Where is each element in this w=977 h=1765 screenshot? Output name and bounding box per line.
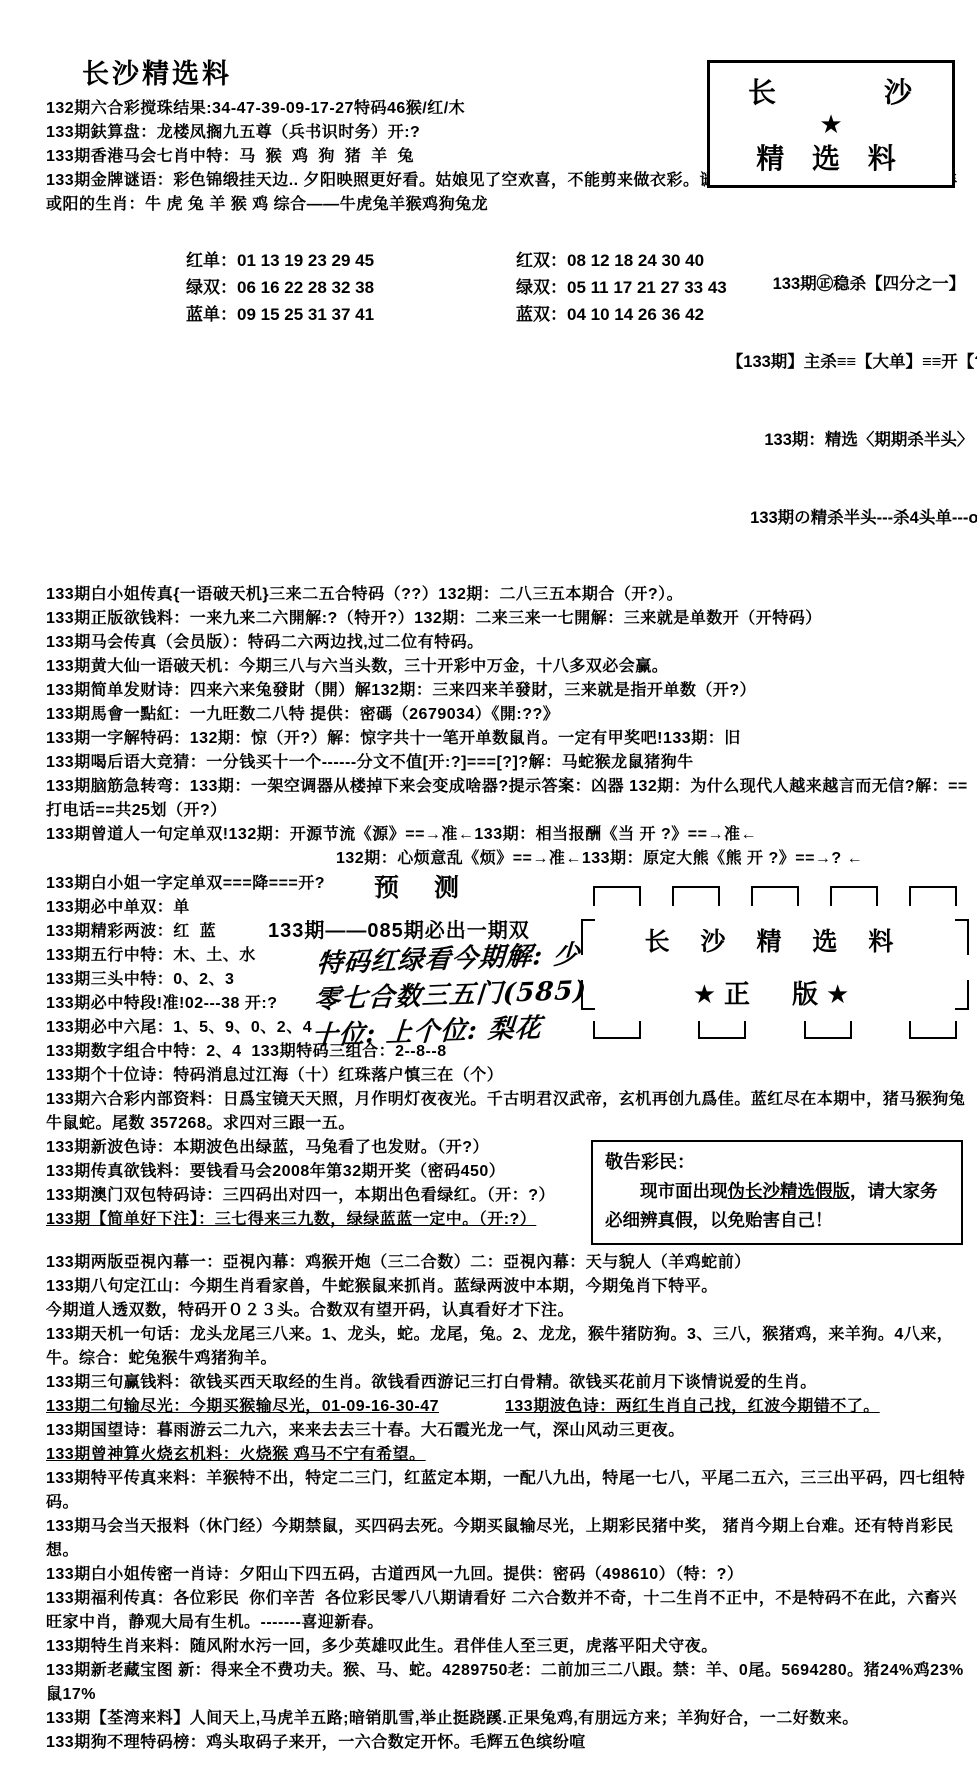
- border-tab: [830, 886, 878, 906]
- zhengban-title-row: 长 沙 精 选 料: [581, 906, 969, 968]
- red-double-cell: 红双：08 12 18 24 30 40: [516, 247, 704, 274]
- row-label: 绿双：: [516, 278, 567, 297]
- prediction-section: 预 测 133期——085期必出一期双 特码红绿看今期解: 少 零七合数三五门(…: [46, 872, 969, 1088]
- zhengban-title: 长 沙 精 选 料: [595, 906, 955, 968]
- stamp-char-sha: 沙: [884, 71, 914, 111]
- row-label: 红单：: [186, 251, 237, 270]
- green-double-cell-2: 绿双：05 11 17 21 27 33 43: [516, 274, 727, 301]
- must-double-line: 133期——085期必出一期双: [268, 914, 530, 943]
- line-yuqian-liao: 133期正版欲钱料：一来九来二六開解:?（特开?）132期：二来三来一七開解：三…: [46, 607, 969, 631]
- row-label: 红双：: [516, 251, 567, 270]
- line-internal-data: 133期六合彩内部资料：日爲宝镜天天照，月作明灯夜夜光。千古明君汉武帝，玄机再创…: [46, 1088, 969, 1136]
- border-tab: [804, 1021, 852, 1039]
- line-welfare-fax: 133期福利传真：各位彩民 你们辛苦 各位彩民零八八期请看好 二六合数并不奇，十…: [46, 1587, 969, 1635]
- line-sameday-tip: 133期马会当天报料（休门经）今期禁鼠，买四码去死。今期买鼠输尽光，上期彩民猪中…: [46, 1515, 969, 1563]
- row-values: 09 15 25 31 37 41: [237, 305, 374, 324]
- row-label: 绿双：: [186, 278, 237, 297]
- line-guowang-poem: 133期国望诗：暮雨游云二九六，来来去去三十春。大石霞光龙一气，深山风动三更夜。: [46, 1419, 969, 1443]
- border-bracket-left: [581, 919, 595, 955]
- line-eight-sentences: 133期八句定江山：今期生肖看家兽，牛蛇猴鼠来抓肖。蓝绿两波中本期，今期兔肖下特…: [46, 1275, 969, 1299]
- line-teping-fax: 133期特平传真来料：羊猴特不出，特定二三门，红蓝定本期，一配八九出，特尾一七八…: [46, 1467, 969, 1515]
- brand-stamp-box: 长 沙 ★ 精 选 料: [707, 60, 955, 188]
- border-tab: [909, 1021, 957, 1039]
- line-yidianhong: 133期馬會一點紅：一九旺数二八特 提供：密碼（2679034）《開:??》: [46, 703, 969, 727]
- zhengban-sub-wrap: ★正 版★: [595, 968, 955, 1021]
- border-bracket-right: [955, 919, 969, 955]
- border-bracket-left-2: [581, 980, 595, 1010]
- row-values: 04 10 14 26 36 42: [567, 305, 704, 324]
- kill-forecast-block: 133期㊣稳杀【四分之一】 【133期】主杀≡≡【大单】≡≡开【??】 133期…: [727, 219, 977, 583]
- table-row: 蓝单：09 15 25 31 37 41 蓝双：04 10 14 26 36 4…: [186, 301, 727, 328]
- border-tab: [593, 1021, 641, 1039]
- row-values: 06 16 22 28 32 38: [237, 278, 374, 297]
- predict-heading: 预 测: [374, 868, 473, 904]
- line-tianji-sentence: 133期天机一句话：龙头龙尾三八来。1、龙头，蛇。龙尾，兔。2、龙龙，猴牛猪防狗…: [46, 1323, 969, 1371]
- line-three-win-sentences: 133期三句赢钱料：欲钱买西天取经的生肖。欲钱看西游记三打白骨精。欲钱买花前月下…: [46, 1371, 969, 1395]
- star-icon: ★: [720, 114, 942, 134]
- line-mahui-fax: 133期马会传真（会员版）：特码二六两边找,过二位有特码。: [46, 631, 969, 655]
- stamp-char-chang: 长: [748, 71, 778, 111]
- line-facai-poem: 133期简单发财诗：四来六来兔發財（開）解132期：三来四来羊發財，三来就是指开…: [46, 679, 969, 703]
- dual-line: 133期二句输尽光：今期买猴输尽光，01-09-16-30-47 133期波色诗…: [46, 1395, 969, 1419]
- zhengban-sub-row: ★正 版★: [581, 968, 969, 1021]
- blue-single-cell: 蓝单：09 15 25 31 37 41: [186, 301, 516, 328]
- table-row: 绿双：06 16 22 28 32 38 绿双：05 11 17 21 27 3…: [186, 274, 727, 301]
- stamp-bottom-row: 精 选 料: [720, 137, 942, 177]
- table-row: 红单：01 13 19 23 29 45 红双：08 12 18 24 30 4…: [186, 247, 727, 274]
- line-daoren-double: 今期道人透双数，特码开０２３头。合数双有望开码，认真看好才下注。: [46, 1299, 969, 1323]
- line-huangdaxian: 133期黄大仙一语破天机：今期三八与六当头数，三十开彩中万金，十八多双必会赢。: [46, 655, 969, 679]
- notice-heading: 敬告彩民：: [605, 1148, 951, 1177]
- line-baixiaojie-fax: 133期白小姐传真{一语破天机}三来二五合特码（??）132期：二八三五本期合（…: [46, 583, 969, 607]
- row-label: 蓝双：: [516, 305, 567, 324]
- line-one-char-sd: 133期白小姐一字定单双===降===开?: [46, 872, 606, 896]
- line-ge-shi-poem: 133期个十位诗：特码消息过江海（十）红珠落户慎三在（个）: [46, 1064, 606, 1088]
- notice-text-underlined: 伪长沙精选假版: [728, 1181, 851, 1201]
- line-zengdaoren: 133期曾道人一句定单双!132期：开源节流《源》==→准←133期：相当报酬《…: [46, 823, 969, 847]
- line-one-char-code: 133期一字解特码：132期：惊（开?）解：惊字共十一笔开单数鼠肖。一定有甲奖吧…: [46, 727, 969, 751]
- line-zengshensuan-fire: 133期曾神算火烧玄机料：火烧猴 鸡马不宁有希望。: [46, 1443, 969, 1467]
- line-atv-insider: 133期两版亞視內幕一：亞視內幕：鸡猴开炮（三二合数）二：亞視內幕：天与貌人（羊…: [46, 1251, 969, 1275]
- notice-to-punters-box: 敬告彩民： 现市面出现伪长沙精选假版，请大家务必细辨真假，以免贻害自己！: [591, 1140, 963, 1245]
- notice-body: 现市面出现伪长沙精选假版，请大家务必细辨真假，以免贻害自己！: [605, 1177, 951, 1235]
- red-single-cell: 红单：01 13 19 23 29 45: [186, 247, 516, 274]
- color-number-table: 红单：01 13 19 23 29 45 红双：08 12 18 24 30 4…: [186, 247, 727, 328]
- row-label: 蓝单：: [186, 305, 237, 324]
- line-wave-color-poem: 133期波色诗：两红生肖自己找，红波今期错不了。: [505, 1395, 880, 1419]
- green-double-cell: 绿双：06 16 22 28 32 38: [186, 274, 516, 301]
- line-two-lose-all: 133期二句输尽光：今期买猴输尽光，01-09-16-30-47: [46, 1395, 439, 1419]
- line-special-zodiac: 133期特生肖来料：随风附水污一回，多少英雄叹此生。君伴佳人至三更，虎落平阳犬守…: [46, 1635, 969, 1659]
- border-bracket-right-2: [955, 980, 969, 1010]
- line-treasure-map: 133期新老藏宝图 新：得来全不费功夫。猴、马、蛇。4289750老：二前加三二…: [46, 1659, 969, 1707]
- border-tab: [698, 1021, 746, 1039]
- blue-double-cell: 蓝双：04 10 14 26 36 42: [516, 301, 704, 328]
- line-quanwan-tip: 133期【荃湾来料】人间天上,马虎羊五路;暗销肌雪,举止挺跷蹊.正果兔鸡,有朋远…: [46, 1707, 969, 1731]
- border-tab: [593, 886, 641, 906]
- kill-line: 133期㊣稳杀【四分之一】: [727, 271, 977, 297]
- row-values: 08 12 18 24 30 40: [567, 251, 704, 270]
- row-values: 05 11 17 21 27 33 43: [567, 278, 727, 297]
- line-brain-teaser: 133期脑筋急转弯：133期：一架空调器从楼掉下来会变成啥器?提示答案：凶器 1…: [46, 775, 969, 823]
- tip-sheet-page: 长 沙 ★ 精 选 料 长沙精选料 132期六合彩搅珠结果:34-47-39-0…: [46, 52, 969, 1755]
- numbers-section: 红单：01 13 19 23 29 45 红双：08 12 18 24 30 4…: [46, 219, 969, 583]
- border-tab: [751, 886, 799, 906]
- border-tab: [909, 886, 957, 906]
- line-one-zodiac-poem: 133期白小姐传密一肖诗：夕阳山下四五码，古道西风一九回。提供：密码（49861…: [46, 1563, 969, 1587]
- kill-line: 133期の精杀半头---杀4头单---ok: [727, 505, 977, 531]
- kill-line: 133期：精选〈期期杀半头〉: [727, 427, 977, 453]
- zhengban-subtitle: ★正 版★: [595, 968, 955, 1021]
- zhengban-decorative-box: 长 沙 精 选 料 ★正 版★: [581, 882, 969, 1078]
- zhengban-top-border: [581, 886, 969, 906]
- zhengban-bottom-border: [581, 1021, 969, 1039]
- row-values: 01 13 19 23 29 45: [237, 251, 374, 270]
- border-tab: [672, 886, 720, 906]
- line-xiehouyu: 133期喝后语大竞猜：一分钱买十一个------分文不值[开:?]===[?]?…: [46, 751, 969, 775]
- notice-text-pre: 现市面出现: [640, 1181, 728, 1201]
- kill-line: 【133期】主杀≡≡【大单】≡≡开【??】: [727, 349, 977, 375]
- line-goubuli-board: 133期狗不理特码榜：鸡头取码子来开，一六合数定开怀。毛辉五色缤纷喧: [46, 1731, 969, 1755]
- stamp-top-row: 长 沙: [720, 71, 942, 111]
